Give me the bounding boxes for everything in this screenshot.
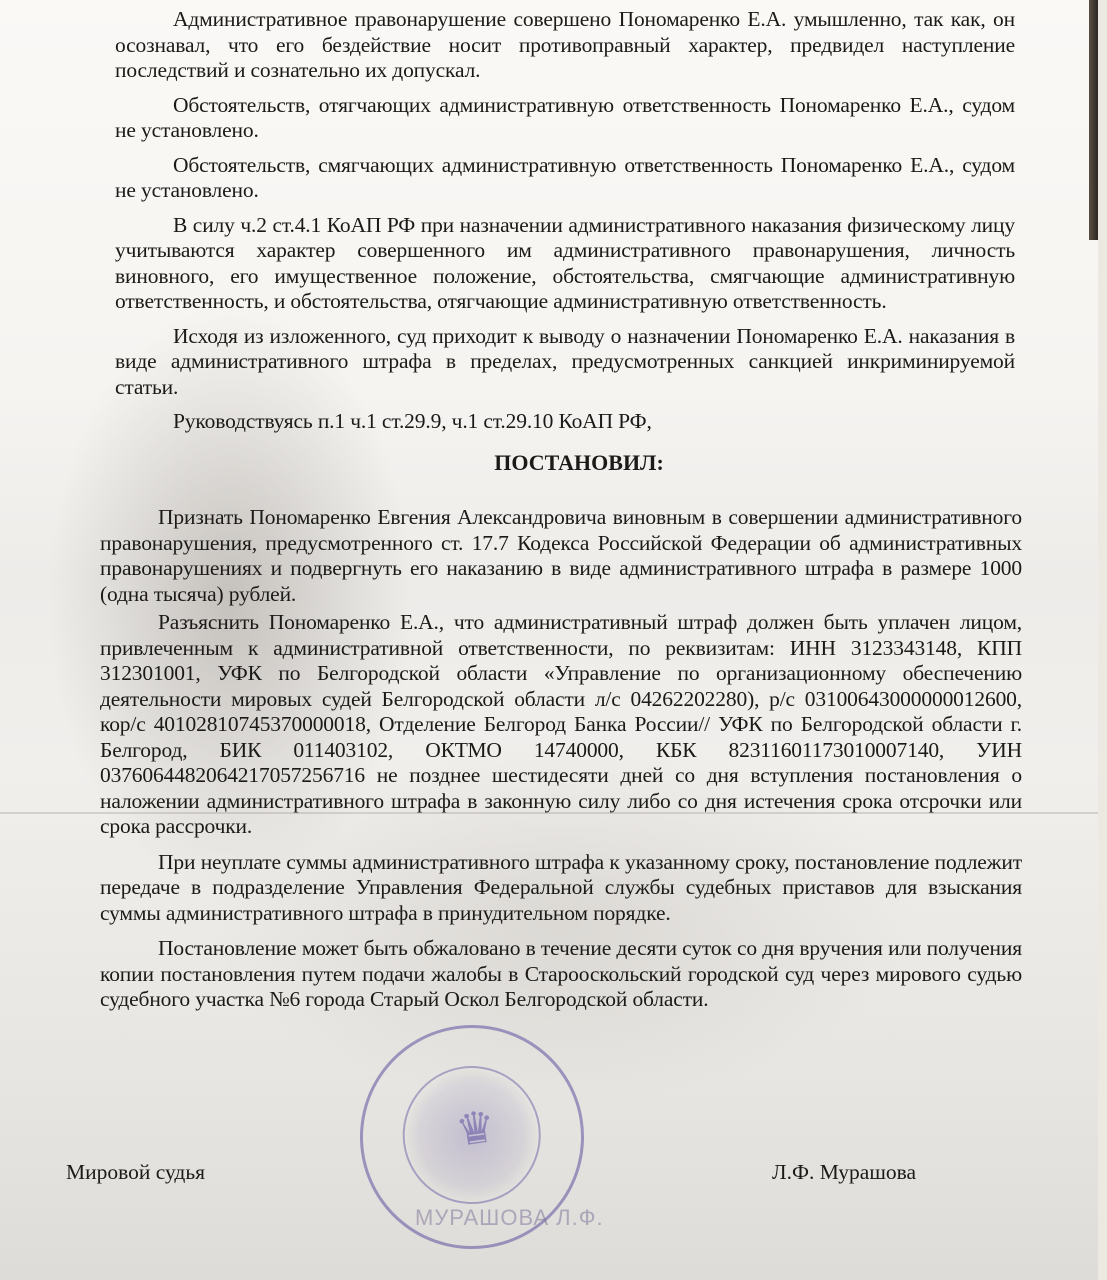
coat-of-arms-icon: ♛: [453, 1101, 499, 1157]
reasoning-section: Административное правонарушение совершен…: [115, 7, 1015, 435]
paragraph-nonpayment: При неуплате суммы административного штр…: [100, 850, 1022, 927]
paragraph-appeal: Постановление может быть обжаловано в те…: [100, 936, 1022, 1013]
paragraph-mitigating: Обстоятельств, смягчающих административн…: [115, 153, 1015, 204]
paragraph-conclusion: Исходя из изложенного, суд приходит к вы…: [115, 324, 1015, 401]
document-page: Административное правонарушение совершен…: [0, 0, 1098, 1280]
page-edge-shadow: [1089, 0, 1098, 240]
seal-inner-ring: ♛: [394, 1057, 550, 1213]
paragraph-intent: Административное правонарушение совершен…: [115, 7, 1015, 84]
paragraph-payment-details: Разъяснить Пономаренко Е.А., что админис…: [100, 610, 1022, 840]
judge-name: Л.Ф. Мурашова: [772, 1160, 916, 1185]
paragraph-verdict: Признать Пономаренко Евгения Александров…: [100, 505, 1022, 607]
paragraph-guided-by: Руководствуясь п.1 ч.1 ст.29.9, ч.1 ст.2…: [115, 409, 1015, 435]
judge-title: Мировой судья: [66, 1160, 205, 1185]
name-stamp: МУРАШОВА Л.Ф.: [415, 1205, 604, 1231]
ruling-heading: ПОСТАНОВИЛ:: [0, 450, 1098, 476]
paragraph-aggravating: Обстоятельств, отягчающих административн…: [115, 93, 1015, 144]
paragraph-law-basis: В силу ч.2 ст.4.1 КоАП РФ при назначении…: [115, 213, 1015, 315]
ruling-section: Признать Пономаренко Евгения Александров…: [100, 505, 1022, 1013]
